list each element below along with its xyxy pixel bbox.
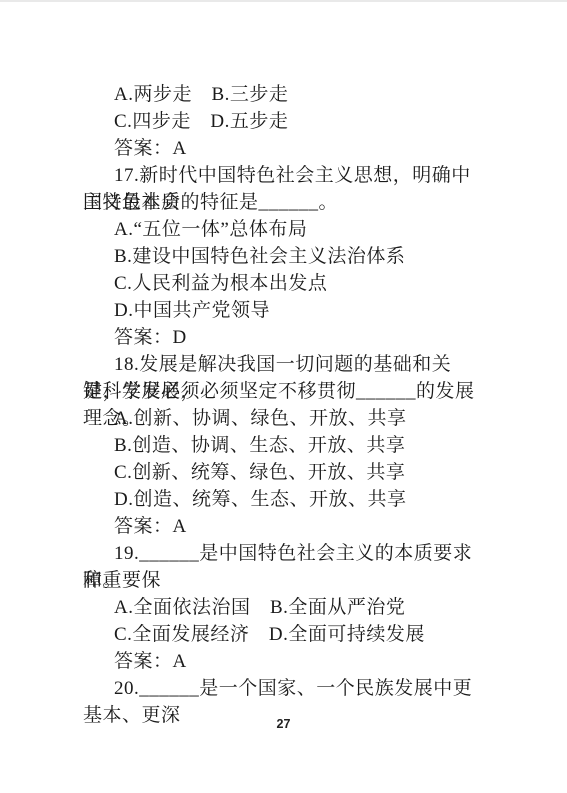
prev-question-answer: 答案：A: [83, 135, 489, 162]
question-18-option-a: A.创新、协调、绿色、开放、共享: [83, 405, 489, 432]
question-18-option-b: B.创造、协调、生态、开放、共享: [83, 432, 489, 459]
document-page: A.两步走 B.三步走 C.四步走 D.五步走 答案：A 17.新时代中国特色社…: [0, 0, 567, 793]
question-17-stem-line-2: 主义最本质的特征是______。: [83, 189, 489, 216]
question-18-stem-line-1: 18.发展是解决我国一切问题的基础和关键，发展必须: [83, 351, 489, 378]
question-17-option-b: B.建设中国特色社会主义法治体系: [83, 243, 489, 270]
question-19-stem-line-1: 19.______是中国特色社会主义的本质要求和重要保: [83, 540, 489, 567]
question-20-stem-line-1: 20.______是一个国家、一个民族发展中更基本、更深: [83, 675, 489, 702]
document-body: A.两步走 B.三步走 C.四步走 D.五步走 答案：A 17.新时代中国特色社…: [83, 81, 489, 702]
prev-question-option-row-cd: C.四步走 D.五步走: [83, 108, 489, 135]
prev-question-option-row-ab: A.两步走 B.三步走: [83, 81, 489, 108]
question-18-option-d: D.创造、统筹、生态、开放、共享: [83, 486, 489, 513]
question-17-answer: 答案：D: [83, 324, 489, 351]
question-17-option-c: C.人民利益为根本出发点: [83, 270, 489, 297]
question-18-answer: 答案：A: [83, 513, 489, 540]
question-18-option-c: C.创新、统筹、绿色、开放、共享: [83, 459, 489, 486]
question-19-option-row-cd: C.全面发展经济 D.全面可持续发展: [83, 621, 489, 648]
question-19-answer: 答案：A: [83, 648, 489, 675]
page-number: 27: [0, 717, 567, 731]
scan-edge: [0, 0, 567, 2]
question-18-stem-line-2: 是科学发展，必须坚定不移贯彻______的发展理念。: [83, 378, 489, 405]
question-17-stem-line-1: 17.新时代中国特色社会主义思想，明确中国特色社会: [83, 162, 489, 189]
question-17-option-a: A.“五位一体”总体布局: [83, 216, 489, 243]
question-19-option-row-ab: A.全面依法治国 B.全面从严治党: [83, 594, 489, 621]
question-17-option-d: D.中国共产党领导: [83, 297, 489, 324]
